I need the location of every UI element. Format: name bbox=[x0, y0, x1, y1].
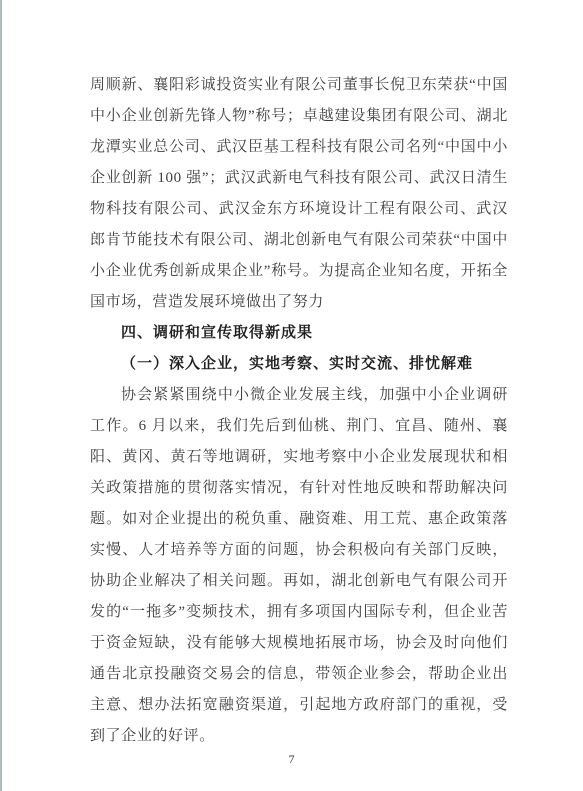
subsection-heading: （一）深入企业，实地考察、实时交流、排忧解难 bbox=[90, 349, 508, 380]
paragraph-awards: 周顺新、襄阳彩诚投资实业有限公司董事长倪卫东荣获“中国中小企业创新先锋人物”称号… bbox=[90, 70, 508, 318]
page-number: 7 bbox=[0, 751, 583, 767]
page-edge-line bbox=[0, 0, 2, 791]
document-page: 周顺新、襄阳彩诚投资实业有限公司董事长倪卫东荣获“中国中小企业创新先锋人物”称号… bbox=[0, 0, 583, 791]
section-heading: 四、调研和宣传取得新成果 bbox=[90, 318, 508, 349]
paragraph-research: 协会紧紧围绕中小微企业发展主线，加强中小企业调研工作。6 月以来，我们先后到仙桃… bbox=[90, 380, 508, 752]
document-content: 周顺新、襄阳彩诚投资实业有限公司董事长倪卫东荣获“中国中小企业创新先锋人物”称号… bbox=[90, 70, 508, 752]
